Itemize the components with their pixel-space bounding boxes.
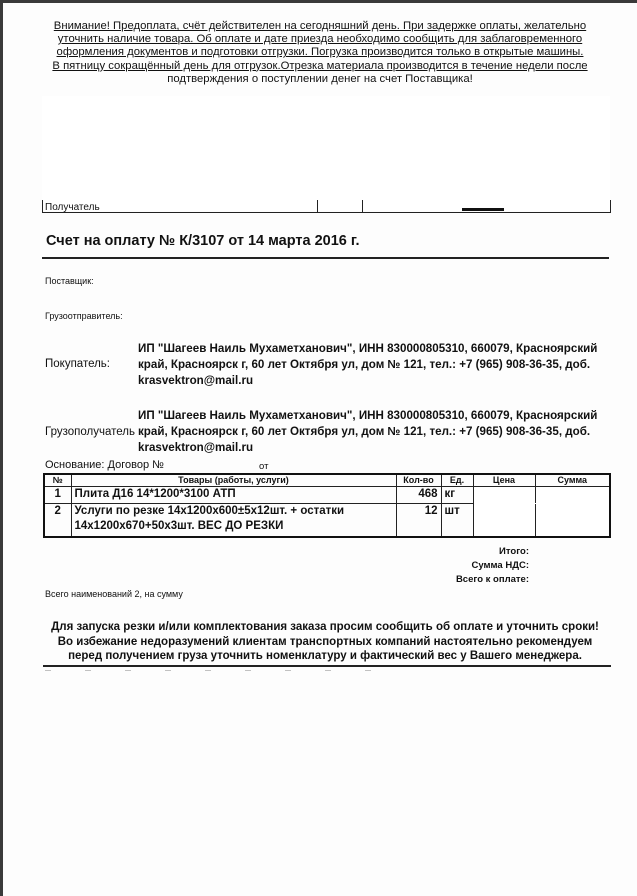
row-qty: 468 xyxy=(396,487,441,504)
consignee-email: krasvektron@mail.ru xyxy=(138,440,608,456)
grand-total-label: Всего к оплате: xyxy=(400,573,529,587)
row-unit: шт xyxy=(441,504,473,537)
notice-line: В пятницу сокращённый день для отгрузок.… xyxy=(30,60,610,73)
bank-details-redacted xyxy=(42,96,610,211)
buyer-label: Покупатель: xyxy=(45,358,110,370)
page-frame-left xyxy=(0,0,3,896)
footer-divider xyxy=(43,665,611,667)
col-header-num: № xyxy=(44,474,71,487)
row-sum xyxy=(535,487,610,504)
redaction-mark xyxy=(462,208,504,211)
notice-line: подтверждения о поступлении денег на сче… xyxy=(30,73,610,86)
goods-line: Плита Д16 14*1200*3100 АТП xyxy=(75,488,236,500)
bank-recipient-row: Получатель xyxy=(42,200,611,213)
consignee-details: ИП "Шагеев Наиль Мухаметханович", ИНН 83… xyxy=(138,408,608,456)
col-header-qty: Кол-во xyxy=(396,474,441,487)
cropped-text-trace xyxy=(45,670,395,671)
basis-contract: Договор № xyxy=(108,459,164,471)
row-qty: 12 xyxy=(396,504,441,537)
prepayment-notice: Внимание! Предоплата, счёт действителен … xyxy=(30,20,610,86)
consignee-line: ИП "Шагеев Наиль Мухаметханович", ИНН 83… xyxy=(138,408,608,424)
table-header-row: № Товары (работы, услуги) Кол-во Ед. Цен… xyxy=(44,474,610,487)
goods-line: Услуги по резке 14х1200х600±5х12шт. + ос… xyxy=(75,504,393,519)
row-price xyxy=(473,487,535,504)
notice-line: оформления документов и подготовки отгру… xyxy=(30,46,610,59)
basis-line: Основание: Договор № от xyxy=(45,459,164,471)
buyer-details: ИП "Шагеев Наиль Мухаметханович", ИНН 83… xyxy=(138,341,608,389)
notice-line: уточнить наличие товара. Об оплате и дат… xyxy=(30,33,610,46)
totals-block: Итого: Сумма НДС: Всего к оплате: xyxy=(400,545,529,587)
row-goods: Услуги по резке 14х1200х600±5х12шт. + ос… xyxy=(71,504,396,537)
recipient-label: Получатель xyxy=(45,201,100,213)
buyer-line: край, Красноярск г, 60 лет Октября ул, д… xyxy=(138,357,608,373)
row-num: 2 xyxy=(44,504,71,537)
items-summary: Всего наименований 2, на сумму xyxy=(45,589,183,599)
buyer-email: krasvektron@mail.ru xyxy=(138,373,608,389)
col-header-goods: Товары (работы, услуги) xyxy=(71,474,396,487)
vat-label: Сумма НДС: xyxy=(400,559,529,573)
cell-divider xyxy=(362,200,363,212)
footer-notice-line: перед получением груза уточнить номенкла… xyxy=(30,649,620,664)
page-frame-top xyxy=(0,0,637,3)
consignee-label: Грузополучатель xyxy=(45,426,135,438)
title-divider xyxy=(42,257,609,259)
table-row: 1 Плита Д16 14*1200*3100 АТП 468 кг xyxy=(44,487,610,504)
col-header-sum: Сумма xyxy=(535,474,610,487)
row-num: 1 xyxy=(44,487,71,504)
row-unit: кг xyxy=(441,487,473,504)
shipper-label: Грузоотправитель: xyxy=(45,311,123,321)
invoice-title: Счет на оплату № К/3107 от 14 марта 2016… xyxy=(46,233,360,249)
cell-divider xyxy=(317,200,318,212)
footer-notice-line: Во избежание недоразумений клиентам тран… xyxy=(30,635,620,650)
row-goods: Плита Д16 14*1200*3100 АТП xyxy=(71,487,396,504)
notice-line: Внимание! Предоплата, счёт действителен … xyxy=(30,20,610,33)
basis-from: от xyxy=(259,461,268,472)
buyer-line: ИП "Шагеев Наиль Мухаметханович", ИНН 83… xyxy=(138,341,608,357)
goods-line: 14х1200х670+50х3шт. ВЕС ДО РЕЗКИ xyxy=(75,519,393,534)
col-header-unit: Ед. xyxy=(441,474,473,487)
footer-notice: Для запуска резки и/или комплектования з… xyxy=(30,620,620,664)
basis-label: Основание: xyxy=(45,459,104,471)
row-price xyxy=(473,504,535,537)
table-row: 2 Услуги по резке 14х1200х600±5х12шт. + … xyxy=(44,504,610,537)
col-header-price: Цена xyxy=(473,474,535,487)
consignee-line: край, Красноярск г, 60 лет Октября ул, д… xyxy=(138,424,608,440)
supplier-label: Поставщик: xyxy=(45,276,94,286)
row-sum xyxy=(535,504,610,537)
total-label: Итого: xyxy=(400,545,529,559)
items-table: № Товары (работы, услуги) Кол-во Ед. Цен… xyxy=(43,473,611,538)
footer-notice-line: Для запуска резки и/или комплектования з… xyxy=(30,620,620,635)
